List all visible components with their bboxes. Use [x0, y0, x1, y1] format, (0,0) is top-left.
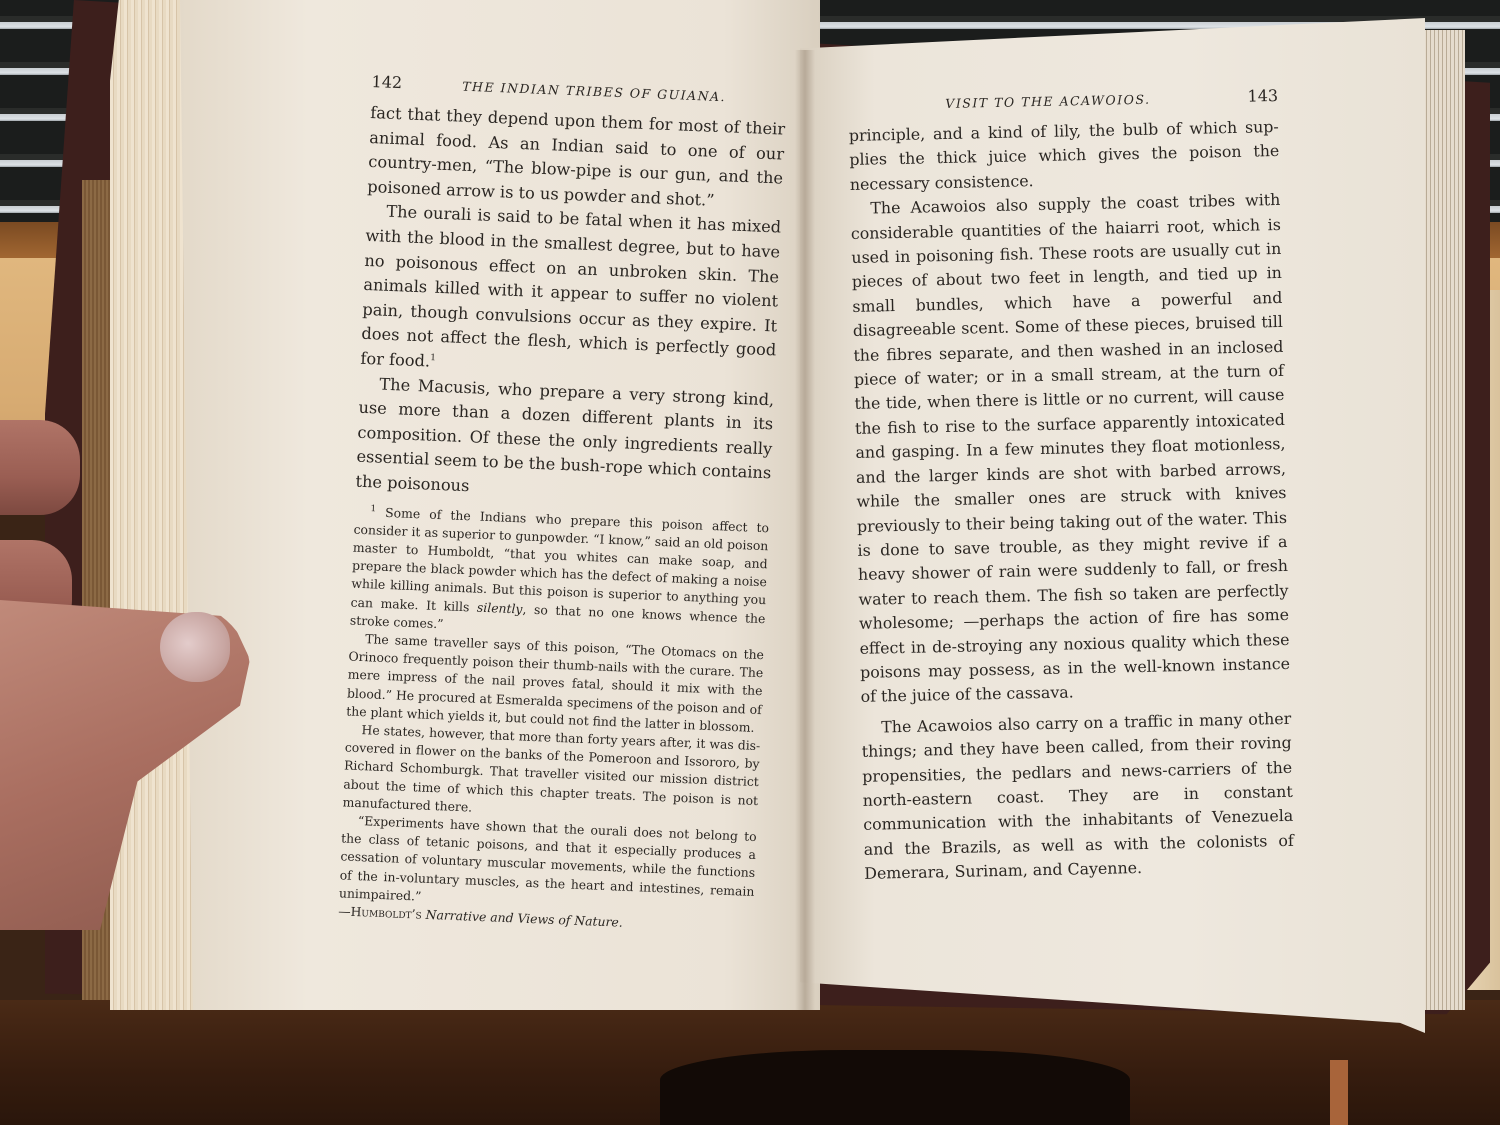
thumbnail — [160, 612, 230, 682]
finger — [0, 420, 80, 515]
footnote-ref[interactable]: 1 — [430, 353, 436, 363]
paragraph: The Macusis, who prepare a very strong k… — [355, 371, 775, 511]
book-gutter — [795, 50, 815, 1010]
footnote-paragraph: He states, however, that more than forty… — [342, 720, 760, 828]
right-page-text: VISIT TO THE ACAWOIOS. 143 principle, an… — [848, 86, 1294, 886]
running-head-title-right: VISIT TO THE ACAWOIOS. — [945, 92, 1150, 111]
paragraph: principle, and a kind of lily, the bulb … — [849, 115, 1280, 197]
desk-leg — [1330, 1060, 1348, 1125]
paragraph: The Acawoios also supply the coast tribe… — [850, 188, 1291, 709]
paragraph: The Acawoios also carry on a traffic in … — [861, 707, 1294, 887]
page-number-left: 142 — [371, 72, 402, 92]
footnote-quote: “Experiments have shown that the ourali … — [339, 811, 757, 919]
footnote-paragraph: The same traveller says of this poison, … — [346, 629, 764, 737]
footnote-paragraph: 1 Some of the Indians who prepare this p… — [350, 502, 770, 646]
left-page-text: 142 THE INDIAN TRIBES OF GUIANA. fact th… — [338, 72, 787, 937]
desk-shadow — [660, 1050, 1130, 1125]
footnote: 1 Some of the Indians who prepare this p… — [338, 502, 769, 937]
page-number-right: 143 — [1247, 86, 1278, 106]
paragraph: fact that they depend upon them for most… — [367, 101, 786, 216]
paragraph: The ourali is said to be fatal when it h… — [360, 199, 782, 388]
